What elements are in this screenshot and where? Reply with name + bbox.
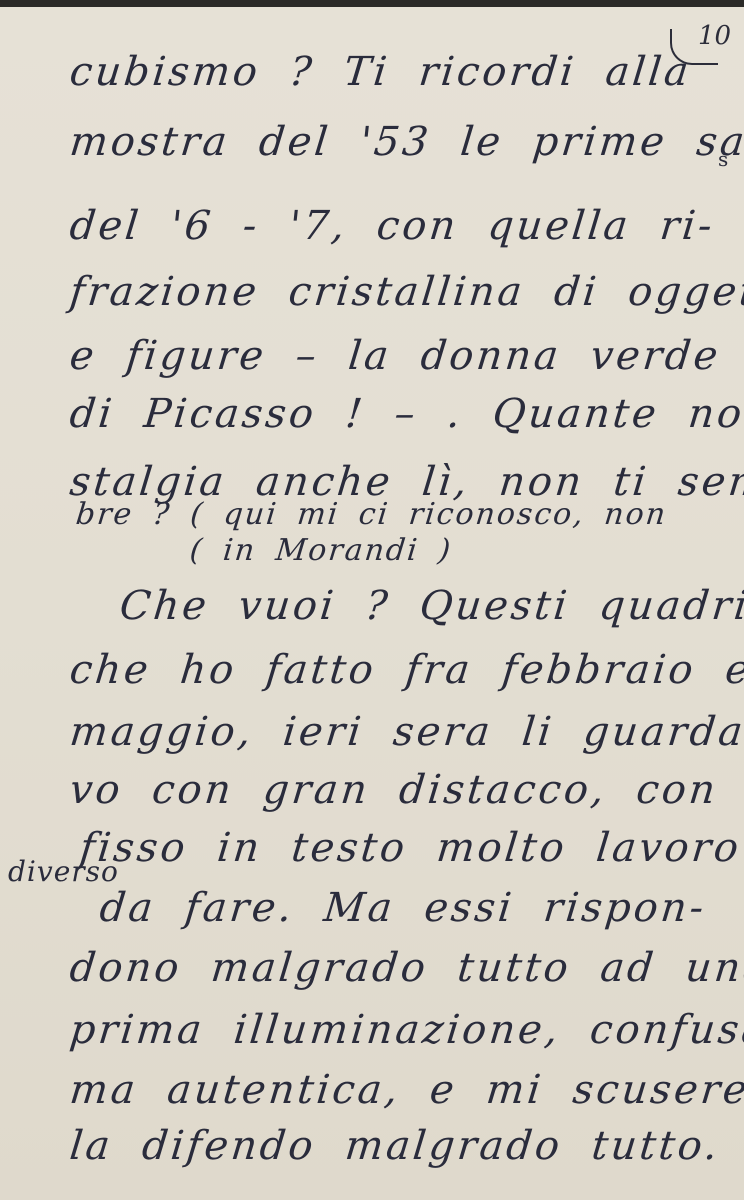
text-line-15: da fare. Ma essi rispon- (98, 885, 709, 931)
margin-note: diverso (8, 855, 119, 888)
text-line-10: Che vuoi ? Questi quadri (118, 583, 744, 629)
text-line-11: che ho fatto fra febbraio e (68, 647, 744, 693)
correction-mark: s (718, 147, 728, 171)
text-line-13: vo con gran distacco, con (68, 767, 721, 813)
text-line-5: e figure – la donna verde (68, 333, 723, 379)
text-line-12: maggio, ieri sera li guarda- (68, 709, 744, 755)
scan-border (0, 0, 744, 7)
text-line-14: fisso in testo molto lavoro (78, 825, 744, 871)
page-number: 10 (698, 21, 731, 51)
text-line-9: ( in Morandi ) (188, 533, 454, 568)
text-line-1: cubismo ? Ti ricordi alla (68, 49, 694, 95)
text-line-8: bre ? ( qui mi ci riconosco, non (74, 497, 669, 532)
text-line-3: del '6 - '7, con quella ri- (68, 203, 717, 249)
text-line-4: frazione cristallina di oggetti (68, 269, 744, 315)
text-line-16: dono malgrado tutto ad una (68, 945, 744, 991)
text-line-2: mostra del '53 le prime sale (68, 119, 744, 165)
letter-page: 10 cubismo ? Ti ricordi alla mostra del … (0, 7, 744, 1200)
text-line-18: ma autentica, e mi scuserei se (68, 1067, 744, 1113)
text-line-6: di Picasso ! – . Quante no- (68, 391, 744, 437)
text-line-19: la difendo malgrado tutto. (68, 1123, 723, 1169)
text-line-17: prima illuminazione, confusa (68, 1007, 744, 1053)
